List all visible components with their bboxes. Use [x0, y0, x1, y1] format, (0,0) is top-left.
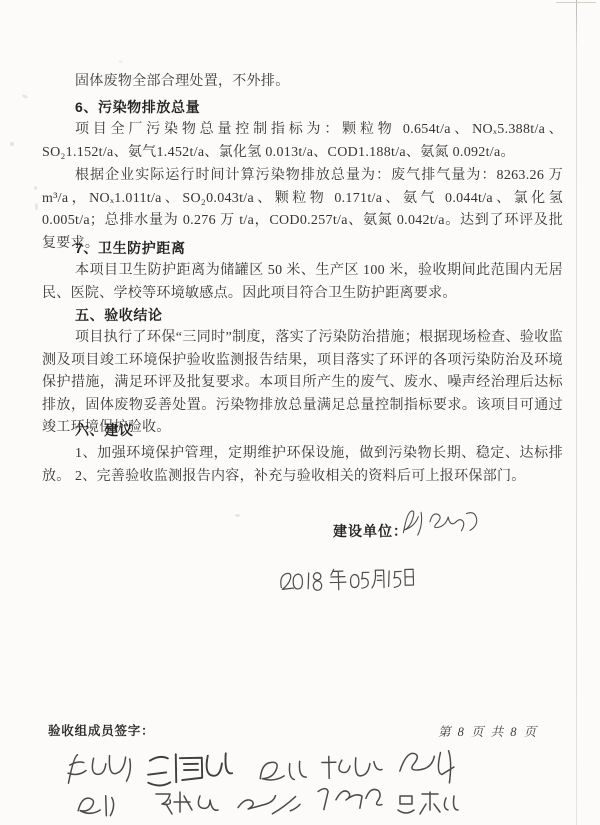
scan-edge-line [576, 0, 577, 825]
acceptance-team-signatures-label: 验收组成员签字： [48, 721, 154, 739]
heading-section-7-sanitary-distance: 7、卫生防护距离 [42, 237, 563, 260]
handwritten-date [274, 558, 415, 599]
signature-stroke-graphic [395, 497, 482, 550]
scan-speck [34, 186, 37, 190]
signature-stroke-graphic [231, 788, 305, 824]
scan-speck [10, 142, 14, 146]
team-signature-7 [150, 788, 224, 820]
recommendation-item-2: 2、完善验收监测报告内容，补充与验收相关的资料后可上报环保部门。 [42, 466, 563, 489]
scan-speck [235, 514, 240, 517]
signature-stroke-graphic [392, 788, 464, 822]
team-signature-3 [249, 751, 312, 791]
page-number-indicator: 第 8 页 共 8 页 [438, 722, 538, 740]
scanned-document-page: 固体废物全部合理处置，不外排。 6、污染物排放总量 项目全厂污染物总量控制指标为… [0, 0, 600, 825]
scan-speck [118, 60, 123, 63]
date-stroke-graphic [274, 558, 415, 599]
scan-speck [35, 203, 38, 210]
team-signature-6 [69, 787, 128, 823]
heading-section-5-acceptance-conclusion: 五、验收结论 [42, 304, 563, 327]
paragraph-sanitary-distance: 本项目卫生防护距离为储罐区 50 米、生产区 100 米，验收期间此范围内无居民… [42, 260, 563, 305]
signature-stroke-graphic [150, 788, 224, 820]
scan-speck [22, 94, 29, 99]
construction-unit-signature [395, 497, 482, 550]
heading-section-6-emission-totals: 6、污染物排放总量 [42, 96, 563, 119]
signature-stroke-graphic [69, 787, 128, 823]
team-signature-9 [310, 781, 389, 816]
team-signature-10 [392, 788, 464, 822]
scan-top-artifact [556, 2, 596, 3]
signature-stroke-graphic [142, 745, 235, 791]
team-signature-1 [59, 747, 140, 792]
paragraph-solid-waste: 固体废物全部合理处置，不外排。 [42, 71, 563, 94]
signature-stroke-graphic [59, 747, 140, 792]
team-signature-2 [142, 745, 235, 791]
signature-stroke-graphic [391, 743, 460, 789]
heading-section-6-recommendations: 六、建议 [42, 419, 563, 442]
paragraph-emission-control-targets: 项目全厂污染物总量控制指标为：颗粒物 0.654t/a、NOₓ5.388t/a、… [42, 119, 563, 164]
team-signature-5 [391, 743, 460, 789]
team-signature-8 [231, 788, 305, 824]
signature-stroke-graphic [249, 751, 312, 791]
signature-stroke-graphic [310, 781, 389, 816]
